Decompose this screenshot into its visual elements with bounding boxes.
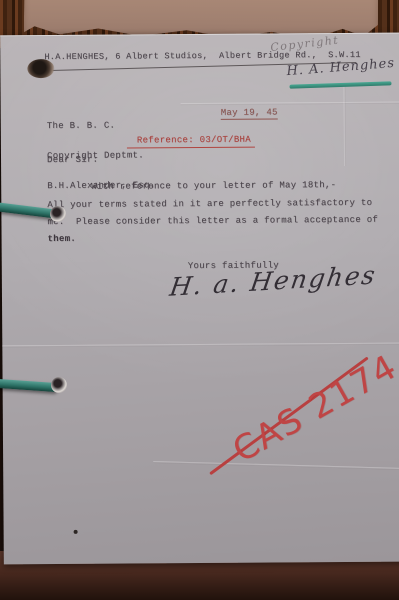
sender-address-line: H.A.HENGHES, 6 Albert Studios, Albert Br…: [44, 50, 361, 62]
typed-letter-sheet: H.A.HENGHES, 6 Albert Studios, Albert Br…: [0, 33, 399, 565]
body-line-emphasis: them.: [48, 234, 77, 244]
body-line: All your terms stated in it are perfectl…: [47, 198, 372, 210]
reference-line: Reference: 03/OT/BHA: [127, 135, 255, 149]
red-file-reference: CAS 2174: [225, 346, 399, 476]
paper-crease: [181, 102, 399, 106]
photographed-letter-scene: H.A.HENGHES, 6 Albert Studios, Albert Br…: [0, 0, 399, 600]
paper-fleck: [74, 530, 78, 534]
green-crayon-underline: [289, 81, 391, 88]
paper-crease: [2, 343, 399, 348]
paper-crease: [153, 461, 399, 470]
punch-hole-blot: [27, 59, 54, 78]
body-line: With reference to your letter of May 18t…: [47, 180, 336, 192]
letter-date: May 19, 45: [221, 107, 278, 119]
eyelet-grommet-top: [50, 206, 66, 222]
recipient-line: The B. B. C.: [47, 120, 155, 131]
body-line: me. Please consider this letter as a for…: [47, 215, 378, 227]
eyelet-grommet-bottom: [51, 377, 67, 393]
paper-crease: [344, 86, 347, 166]
salutation: Dear Sir:: [47, 155, 98, 165]
